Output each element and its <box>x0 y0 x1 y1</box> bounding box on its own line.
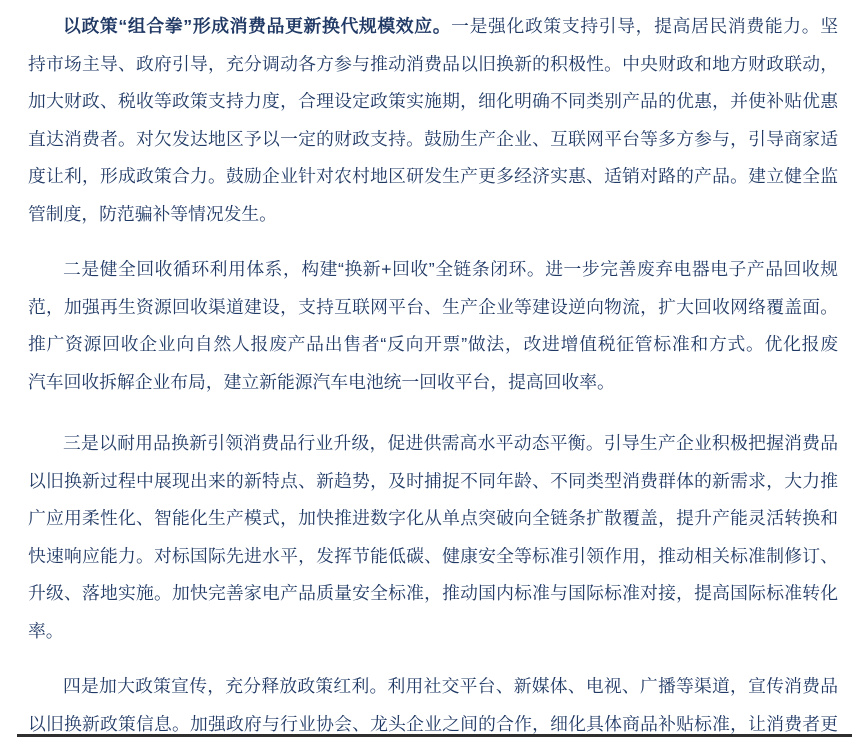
text-line: 加大财政、税收等政策支持力度，合理设定政策实施期，细化明确不同类别产品的优惠，并… <box>28 83 838 121</box>
text-line: 推广资源回收企业向自然人报废产品出售者“反向开票”做法，改进增值税征管标准和方式… <box>28 326 838 364</box>
text-line: 持市场主导、政府引导，充分调动各方参与推动消费品以旧换新的积极性。中央财政和地方… <box>28 46 838 84</box>
text-line: 快速响应能力。对标国际先进水平，发挥节能低碳、健康安全等标准引领作用，推动相关标… <box>28 538 838 576</box>
text-line: 率。 <box>28 613 838 651</box>
text-line: 范，加强再生资源回收渠道建设，支持互联网平台、生产企业等建设逆向物流，扩大回收网… <box>28 289 838 327</box>
text-line: 广应用柔性化、智能化生产模式，加快推进数字化从单点突破向全链条扩散覆盖，提升产能… <box>28 500 838 538</box>
text-line: 以旧换新过程中展现出来的新特点、新趋势，及时捕捉不同年龄、不同类型消费群体的新需… <box>28 463 838 501</box>
text-line: 直达消费者。对欠发达地区予以一定的财政支持。鼓励生产企业、互联网平台等多方参与，… <box>28 121 838 159</box>
document-page: { "document": { "colors": { "text": "#1f… <box>0 0 863 737</box>
text-line: 汽车回收拆解企业布局，建立新能源汽车电池统一回收平台，提高回收率。 <box>28 364 838 402</box>
text-line: 以政策“组合拳”形成消费品更新换代规模效应。一是强化政策支持引导，提高居民消费能… <box>28 8 838 46</box>
paragraph-1: 以政策“组合拳”形成消费品更新换代规模效应。一是强化政策支持引导，提高居民消费能… <box>28 8 838 233</box>
paragraph-lead-bold: 以政策“组合拳”形成消费品更新换代规模效应。 <box>63 16 451 36</box>
text-line: 四是加大政策宣传，充分释放政策红利。利用社交平台、新媒体、电视、广播等渠道，宣传… <box>28 668 838 706</box>
text-line: 二是健全回收循环利用体系，构建“换新+回收”全链条闭环。进一步完善废弃电器电子产… <box>28 251 838 289</box>
text-line: 三是以耐用品换新引领消费品行业升级，促进供需高水平动态平衡。引导生产企业积极把握… <box>28 425 838 463</box>
text-line: 管制度，防范骗补等情况发生。 <box>28 196 838 234</box>
text-line: 度让利，形成政策合力。鼓励企业针对农村地区研发生产更多经济实惠、适销对路的产品。… <box>28 158 838 196</box>
text-line: 以旧换新政策信息。加强政府与行业协会、龙头企业之间的合作，细化具体商品补贴标准，… <box>28 706 838 737</box>
text-segment: 一是强化政策支持引导，提高居民消费能力。坚 <box>451 16 838 36</box>
paragraph-4: 四是加大政策宣传，充分释放政策红利。利用社交平台、新媒体、电视、广播等渠道，宣传… <box>28 668 838 737</box>
text-line: 升级、落地实施。加快完善家电产品质量安全标准，推动国内标准与国际标准对接，提高国… <box>28 575 838 613</box>
paragraph-2: 二是健全回收循环利用体系，构建“换新+回收”全链条闭环。进一步完善废弃电器电子产… <box>28 251 838 401</box>
document-body: 以政策“组合拳”形成消费品更新换代规模效应。一是强化政策支持引导，提高居民消费能… <box>0 0 863 737</box>
paragraph-3: 三是以耐用品换新引领消费品行业升级，促进供需高水平动态平衡。引导生产企业积极把握… <box>28 425 838 650</box>
